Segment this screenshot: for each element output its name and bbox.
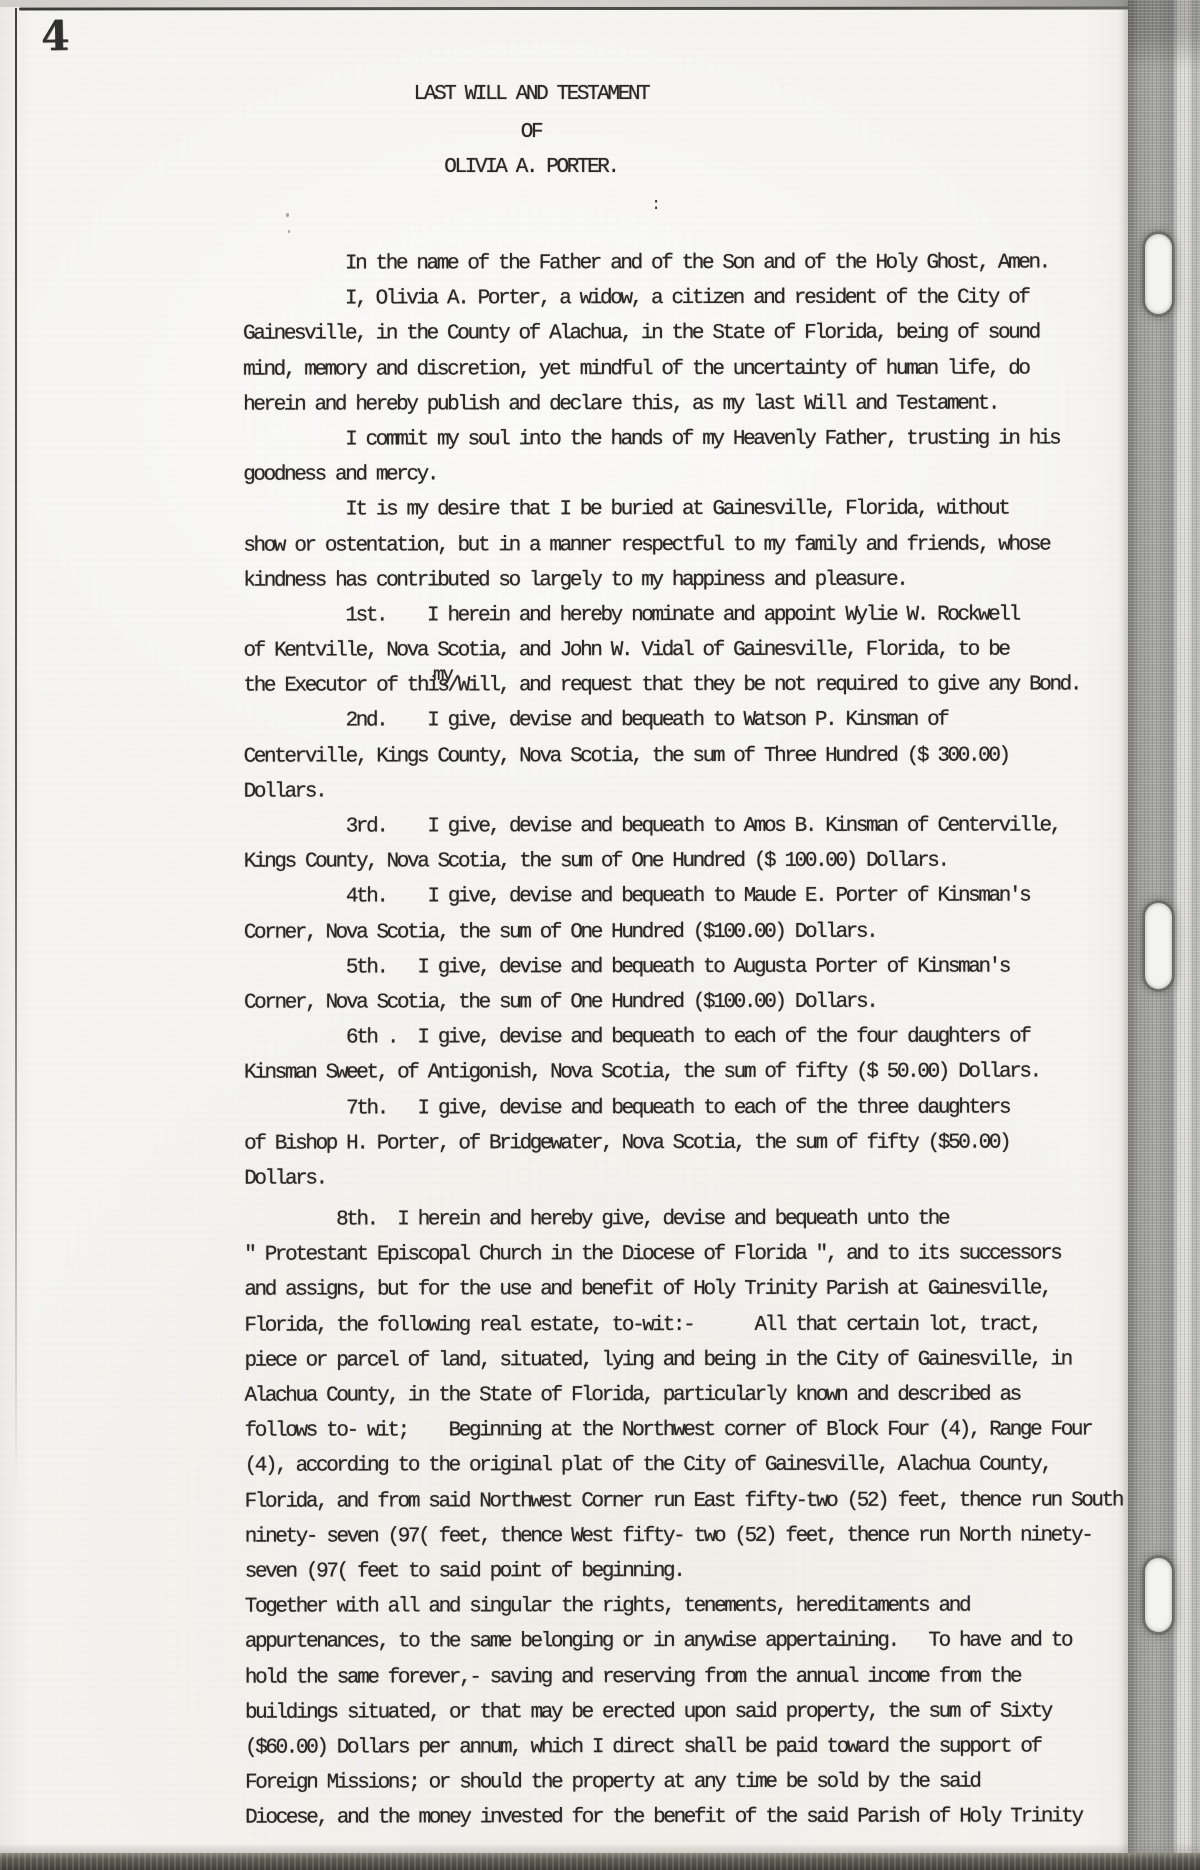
text-line: goodness and mercy. — [243, 456, 1163, 492]
text-line: and assigns, but for the use and benefit… — [244, 1272, 1164, 1308]
text-line: Foreign Missions; or should the property… — [245, 1764, 1165, 1800]
scan-bottom-band — [0, 1853, 1200, 1870]
text-line: buildings situated, or that may be erect… — [245, 1694, 1165, 1730]
text-line: (4), according to the original plat of t… — [245, 1448, 1165, 1484]
text-line: follows to- wit; Beginning at the Northw… — [245, 1413, 1165, 1449]
text-line: " Protestant Episcopal Church in the Dio… — [244, 1237, 1164, 1273]
text-line: Kings County, Nova Scotia, the sum of On… — [244, 844, 1164, 880]
document-body: In the name of the Father and of the Son… — [243, 245, 1165, 1836]
text-line: Diocese, and the money invested for the … — [245, 1800, 1165, 1836]
text-line: ninety- seven (97( feet, thence West fif… — [245, 1518, 1165, 1554]
scanned-document-page: 4 LAST WILL AND TESTAMENT OF OLIVIA A. P… — [0, 0, 1200, 1870]
text-line: hold the same forever,- saving and reser… — [245, 1659, 1165, 1695]
text-line: 7th. I give, devise and bequeath to each… — [244, 1090, 1164, 1126]
stray-colon-mark: : — [651, 196, 661, 215]
text-line: Centerville, Kings County, Nova Scotia, … — [244, 738, 1164, 774]
title-line-2: OF — [281, 122, 781, 144]
interline-insertion: my — [433, 664, 452, 686]
text-line: Corner, Nova Scotia, the sum of One Hund… — [244, 914, 1164, 950]
scan-speck — [288, 230, 290, 233]
text-line: In the name of the Father and of the Son… — [243, 245, 1163, 281]
title-line-3: OLIVIA A. PORTER. — [281, 157, 781, 179]
text-line: Corner, Nova Scotia, the sum of One Hund… — [244, 984, 1164, 1020]
text-line: 4th. I give, devise and bequeath to Maud… — [244, 879, 1164, 915]
text-line: the Executor of this/Will, and request t… — [243, 668, 1163, 704]
text-line: 5th. I give, devise and bequeath to Augu… — [244, 949, 1164, 985]
document-title: LAST WILL AND TESTAMENT OF OLIVIA A. POR… — [281, 84, 781, 179]
text-line: kindness has contributed so largely to m… — [243, 562, 1163, 598]
text-line: herein and hereby publish and declare th… — [243, 386, 1163, 422]
text-line: Gainesville, in the County of Alachua, i… — [243, 316, 1163, 352]
text-line: I commit my soul into the hands of my He… — [243, 421, 1163, 457]
text-line: piece or parcel of land, situated, lying… — [244, 1342, 1164, 1378]
text-line: Florida, and from said Northwest Corner … — [245, 1483, 1165, 1519]
text-line: of Kentville, Nova Scotia, and John W. V… — [243, 632, 1163, 668]
text-line: 6th . I give, devise and bequeath to eac… — [244, 1019, 1164, 1055]
text-line: Dollars. — [244, 1160, 1164, 1196]
text-line: 8th. I herein and hereby give, devise an… — [244, 1201, 1164, 1237]
text-line: show or ostentation, but in a manner res… — [243, 527, 1163, 563]
text-line: 1st. I herein and hereby nominate and ap… — [243, 597, 1163, 633]
text-line: Together with all and singular the right… — [245, 1588, 1165, 1624]
text-line: Kinsman Sweet, of Antigonish, Nova Scoti… — [244, 1055, 1164, 1091]
text-line: It is my desire that I be buried at Gain… — [243, 492, 1163, 528]
text-line: seven (97( feet to said point of beginni… — [245, 1553, 1165, 1589]
page-number: 4 — [41, 12, 70, 60]
text-line: Dollars. — [244, 773, 1164, 809]
text-line: mind, memory and discretion, yet mindful… — [243, 351, 1163, 387]
text-line: 2nd. I give, devise and bequeath to Wats… — [244, 703, 1164, 739]
text-line: of Bishop H. Porter, of Bridgewater, Nov… — [244, 1125, 1164, 1161]
scan-bottom-shadow — [0, 1843, 1200, 1853]
text-line: ($60.00) Dollars per annum, which I dire… — [245, 1729, 1165, 1765]
text-line: appurtenances, to the same belonging or … — [245, 1624, 1165, 1660]
text-line: 3rd. I give, devise and bequeath to Amos… — [244, 808, 1164, 844]
text-line: Florida, the following real estate, to-w… — [244, 1307, 1164, 1343]
scan-speck — [286, 213, 289, 217]
page-left-border — [15, 8, 17, 1488]
text-line: Alachua County, in the State of Florida,… — [244, 1377, 1164, 1413]
title-line-1: LAST WILL AND TESTAMENT — [281, 84, 781, 106]
text-line: I, Olivia A. Porter, a widow, a citizen … — [243, 281, 1163, 317]
